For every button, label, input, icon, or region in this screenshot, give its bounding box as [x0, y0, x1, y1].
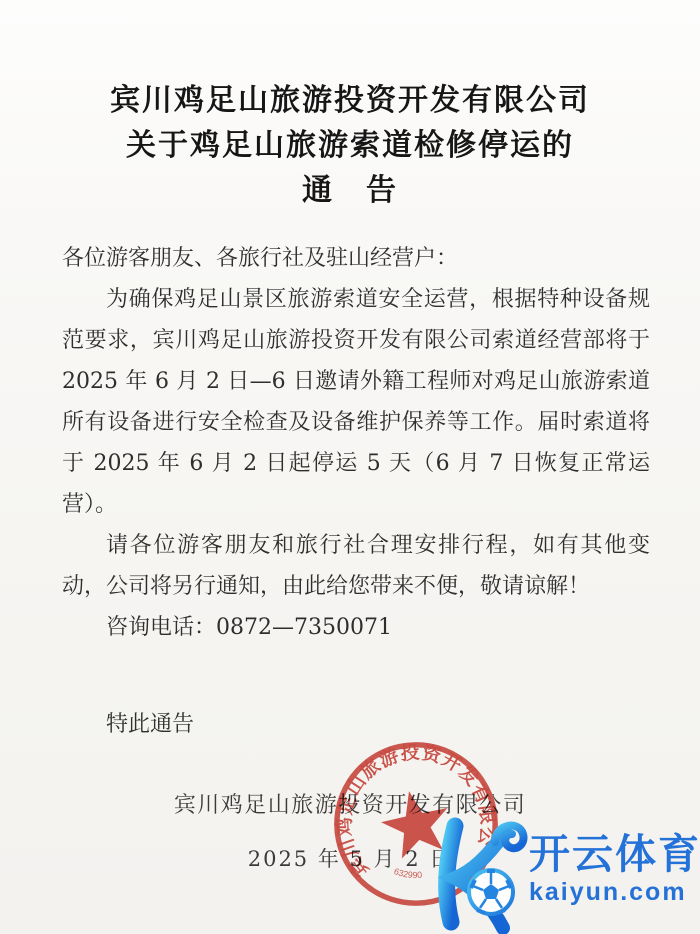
watermark-domain: kaiyun.com	[529, 879, 699, 906]
watermark-brand: 开云体育	[529, 832, 699, 876]
title-line-company: 宾川鸡足山旅游投资开发有限公司	[0, 78, 700, 123]
document-title: 宾川鸡足山旅游投资开发有限公司 关于鸡足山旅游索道检修停运的 通 告	[0, 78, 700, 213]
watermark-text: 开云体育 kaiyun.com	[529, 832, 699, 906]
paragraph-phone: 咨询电话：0872—7350071	[62, 607, 650, 648]
title-line-subject: 关于鸡足山旅游索道检修停运的	[0, 123, 700, 168]
paragraph-maintenance: 为确保鸡足山景区旅游索道安全运营，根据特种设备规范要求，宾川鸡足山旅游投资开发有…	[62, 279, 650, 525]
watermark: 开云体育 kaiyun.com	[425, 812, 700, 934]
paragraph-apology: 请各位游客朋友和旅行社合理安排行程，如有其他变动，公司将另行通知，由此给您带来不…	[62, 525, 650, 607]
salutation: 各位游客朋友、各旅行社及驻山经营户：	[62, 238, 650, 279]
document-body: 各位游客朋友、各旅行社及驻山经营户： 为确保鸡足山景区旅游索道安全运营，根据特种…	[62, 238, 650, 745]
notice-document: 宾川鸡足山旅游投资开发有限公司 关于鸡足山旅游索道检修停运的 通 告 各位游客朋…	[0, 0, 700, 934]
football-icon	[469, 870, 513, 914]
title-line-notice: 通 告	[0, 168, 700, 213]
wave-k-logo	[425, 816, 533, 934]
svg-text:632990: 632990	[391, 861, 424, 886]
stamp-serial: 632990	[391, 861, 424, 886]
